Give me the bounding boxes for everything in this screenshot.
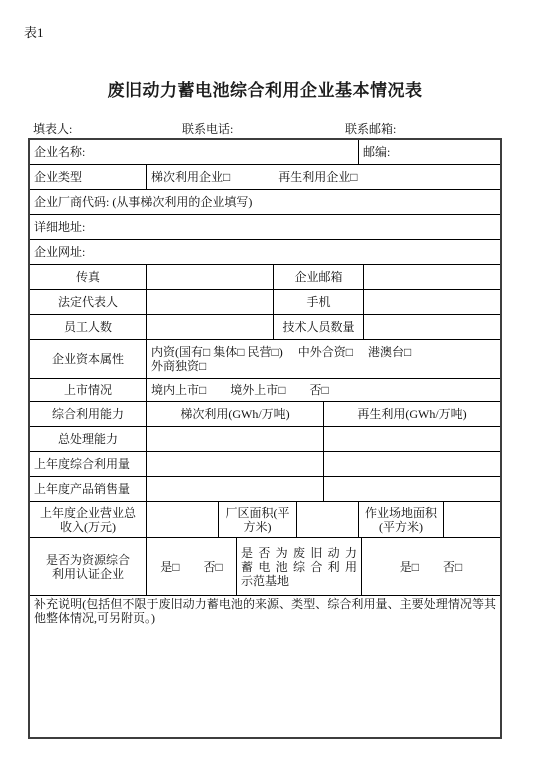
cert-enterprise-label: 是否为资源综合利用认证企业 <box>44 553 132 581</box>
annual-income-value-cell[interactable] <box>147 502 219 537</box>
contact-phone-label[interactable]: 联系电话: <box>182 120 233 137</box>
company-email-label: 企业邮箱 <box>294 270 342 284</box>
row-company-type: 企业类型 梯次利用企业□ 再生利用企业□ <box>30 164 500 189</box>
staff-count-value-cell[interactable] <box>147 315 274 339</box>
header-fields: 填表人: 联系电话: 联系邮箱: <box>28 120 502 136</box>
postal-code-cell[interactable]: 邮编: <box>359 140 500 164</box>
tech-staff-label-cell: 技术人员数量 <box>274 315 364 339</box>
staff-count-label-cell: 员工人数 <box>30 315 147 339</box>
row-total-capacity: 总处理能力 <box>30 426 500 451</box>
website-label: 企业网址: <box>34 245 85 259</box>
row-utilization-capability: 综合利用能力 梯次利用(GWh/万吨) 再生利用(GWh/万吨) <box>30 401 500 426</box>
capital-options-line1[interactable]: 内资(国有□ 集体□ 民营□) 中外合资□ 港澳台□ <box>151 345 496 359</box>
row-legal-rep: 法定代表人 手机 <box>30 289 500 314</box>
staff-count-label: 员工人数 <box>64 320 112 334</box>
cert-enterprise-yesno-cell: 是□ 否□ <box>147 538 237 595</box>
recycling-utilization-header-cell: 再生利用(GWh/万吨) <box>324 402 500 426</box>
company-name-label: 企业名称: <box>34 145 85 159</box>
year-utilization-tiered-value-cell[interactable] <box>147 452 324 476</box>
company-type-options-cell: 梯次利用企业□ 再生利用企业□ <box>147 165 500 189</box>
total-capacity-label-cell: 总处理能力 <box>30 427 147 451</box>
company-email-value-cell[interactable] <box>364 265 500 289</box>
mobile-value-cell[interactable] <box>364 290 500 314</box>
vendor-code-label: 企业厂商代码: (从事梯次利用的企业填写) <box>34 195 252 209</box>
demo-base-yesno-options[interactable]: 是□ 否□ <box>400 560 463 574</box>
contact-email-label[interactable]: 联系邮箱: <box>345 120 396 137</box>
row-website: 企业网址: <box>30 239 500 264</box>
demo-base-label-line3: 示范基地 <box>241 574 357 588</box>
total-capacity-recycling-value-cell[interactable] <box>324 427 500 451</box>
row-capital-attribute: 企业资本属性 内资(国有□ 集体□ 民营□) 中外合资□ 港澳台□ 外商独资□ <box>30 339 500 378</box>
listing-options[interactable]: 境内上市□ 境外上市□ 否□ <box>151 383 329 397</box>
legal-rep-value-cell[interactable] <box>147 290 274 314</box>
company-type-label: 企业类型 <box>34 170 82 184</box>
tiered-utilization-header: 梯次利用(GWh/万吨) <box>180 407 289 421</box>
row-address: 详细地址: <box>30 214 500 239</box>
filler-label[interactable]: 填表人: <box>33 120 72 137</box>
capital-options-line2[interactable]: 外商独资□ <box>151 359 496 373</box>
year-sales-label-cell: 上年度产品销售量 <box>30 477 147 501</box>
listing-status-label: 上市情况 <box>64 383 112 397</box>
company-email-label-cell: 企业邮箱 <box>274 265 364 289</box>
company-name-cell[interactable]: 企业名称: <box>30 140 359 164</box>
capital-attribute-label-cell: 企业资本属性 <box>30 340 147 378</box>
factory-area-label: 厂区面积(平方米) <box>223 506 292 534</box>
utilization-capability-label-cell: 综合利用能力 <box>30 402 147 426</box>
fax-label-cell: 传真 <box>30 265 147 289</box>
row-listing-status: 上市情况 境内上市□ 境外上市□ 否□ <box>30 378 500 401</box>
year-sales-label: 上年度产品销售量 <box>34 482 130 496</box>
recycling-utilization-header: 再生利用(GWh/万吨) <box>357 407 466 421</box>
site-area-label-cell: 作业场地面积(平方米) <box>359 502 444 537</box>
listing-status-label-cell: 上市情况 <box>30 379 147 401</box>
tech-staff-value-cell[interactable] <box>364 315 500 339</box>
tech-staff-label: 技术人员数量 <box>282 320 354 334</box>
address-label: 详细地址: <box>34 220 85 234</box>
legal-rep-label: 法定代表人 <box>58 295 118 309</box>
total-capacity-label: 总处理能力 <box>58 432 118 446</box>
address-cell[interactable]: 详细地址: <box>30 215 500 239</box>
total-capacity-tiered-value-cell[interactable] <box>147 427 324 451</box>
option-tiered-enterprise[interactable]: 梯次利用企业□ <box>151 170 230 184</box>
website-cell[interactable]: 企业网址: <box>30 240 500 264</box>
demo-base-label-cell: 是否为废旧动力 蓄电池综合利用 示范基地 <box>237 538 362 595</box>
option-recycling-enterprise[interactable]: 再生利用企业□ <box>278 170 357 184</box>
table-number-label: 表1 <box>24 22 44 41</box>
fax-label: 传真 <box>76 270 100 284</box>
postal-code-label: 邮编: <box>363 145 390 159</box>
mobile-label: 手机 <box>306 295 330 309</box>
row-vendor-code: 企业厂商代码: (从事梯次利用的企业填写) <box>30 189 500 214</box>
supplement-text: 补充说明(包括但不限于废旧动力蓄电池的来源、类型、综合利用量、主要处理情况等其他… <box>34 597 496 625</box>
cert-enterprise-yesno-options[interactable]: 是□ 否□ <box>160 560 223 574</box>
row-fax-email: 传真 企业邮箱 <box>30 264 500 289</box>
row-supplement: 补充说明(包括但不限于废旧动力蓄电池的来源、类型、综合利用量、主要处理情况等其他… <box>30 595 500 737</box>
row-staff-count: 员工人数 技术人员数量 <box>30 314 500 339</box>
year-sales-recycling-value-cell[interactable] <box>324 477 500 501</box>
row-certification: 是否为资源综合利用认证企业 是□ 否□ 是否为废旧动力 蓄电池综合利用 示范基地… <box>30 537 500 595</box>
year-utilization-recycling-value-cell[interactable] <box>324 452 500 476</box>
row-company-name: 企业名称: 邮编: <box>30 140 500 164</box>
form-table: 企业名称: 邮编: 企业类型 梯次利用企业□ 再生利用企业□ 企业厂商代码: (… <box>28 138 502 739</box>
year-sales-tiered-value-cell[interactable] <box>147 477 324 501</box>
supplement-cell[interactable]: 补充说明(包括但不限于废旧动力蓄电池的来源、类型、综合利用量、主要处理情况等其他… <box>30 596 500 737</box>
year-utilization-label: 上年度综合利用量 <box>34 457 130 471</box>
annual-income-label-cell: 上年度企业营业总收入(万元) <box>30 502 147 537</box>
legal-rep-label-cell: 法定代表人 <box>30 290 147 314</box>
form-page: 表1 废旧动力蓄电池综合利用企业基本情况表 填表人: 联系电话: 联系邮箱: 企… <box>0 0 550 764</box>
company-type-label-cell: 企业类型 <box>30 165 147 189</box>
demo-base-label-line1: 是否为废旧动力 <box>241 546 357 560</box>
capital-attribute-options-cell: 内资(国有□ 集体□ 民营□) 中外合资□ 港澳台□ 外商独资□ <box>147 340 500 378</box>
factory-area-value-cell[interactable] <box>297 502 359 537</box>
demo-base-yesno-cell: 是□ 否□ <box>362 538 500 595</box>
row-year-sales: 上年度产品销售量 <box>30 476 500 501</box>
capital-attribute-label: 企业资本属性 <box>52 352 124 366</box>
factory-area-label-cell: 厂区面积(平方米) <box>219 502 297 537</box>
listing-options-cell: 境内上市□ 境外上市□ 否□ <box>147 379 500 401</box>
fax-value-cell[interactable] <box>147 265 274 289</box>
utilization-capability-label: 综合利用能力 <box>52 407 124 421</box>
demo-base-label-line2: 蓄电池综合利用 <box>241 560 357 574</box>
annual-income-label: 上年度企业营业总收入(万元) <box>38 506 138 534</box>
row-year-utilization: 上年度综合利用量 <box>30 451 500 476</box>
vendor-code-cell[interactable]: 企业厂商代码: (从事梯次利用的企业填写) <box>30 190 500 214</box>
row-annual-income: 上年度企业营业总收入(万元) 厂区面积(平方米) 作业场地面积(平方米) <box>30 501 500 537</box>
form-title: 废旧动力蓄电池综合利用企业基本情况表 <box>28 76 502 101</box>
year-utilization-label-cell: 上年度综合利用量 <box>30 452 147 476</box>
site-area-value-cell[interactable] <box>444 502 500 537</box>
site-area-label: 作业场地面积(平方米) <box>363 506 439 534</box>
tiered-utilization-header-cell: 梯次利用(GWh/万吨) <box>147 402 324 426</box>
mobile-label-cell: 手机 <box>274 290 364 314</box>
cert-enterprise-label-cell: 是否为资源综合利用认证企业 <box>30 538 147 595</box>
